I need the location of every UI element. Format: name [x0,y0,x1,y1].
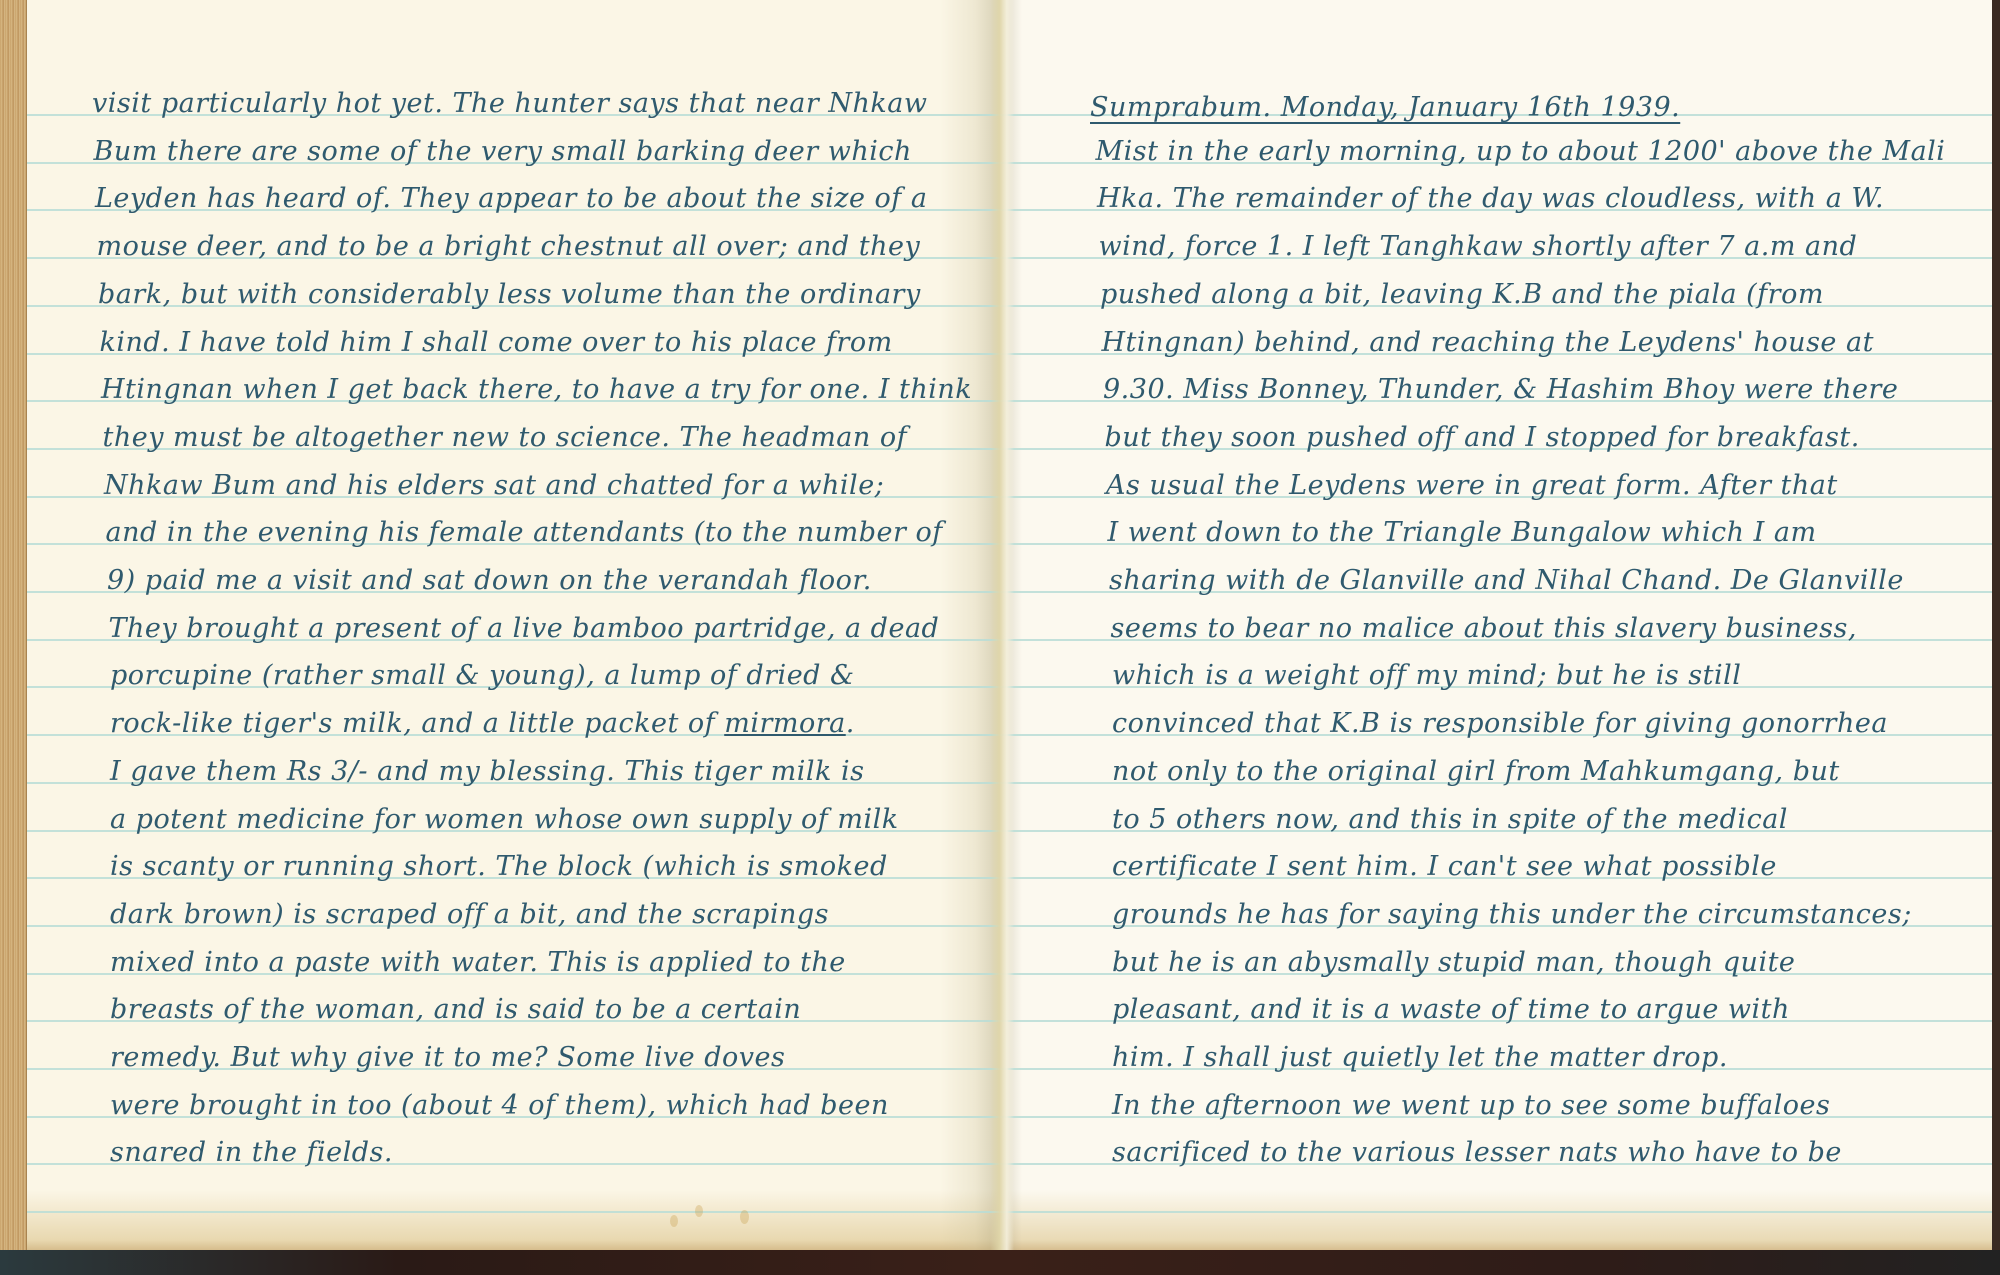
book-cover-edge [1992,0,2000,1250]
handwritten-line: Hka. The remainder of the day was cloudl… [1097,183,1884,214]
handwritten-line: visit particularly hot yet. The hunter s… [92,88,927,119]
left-page: visit particularly hot yet. The hunter s… [0,0,1002,1250]
handwritten-line: were brought in too (about 4 of them), w… [110,1090,889,1121]
handwritten-line: mouse deer, and to be a bright chestnut … [97,231,921,262]
handwritten-line: pleasant, and it is a waste of time to a… [1112,994,1790,1025]
handwritten-line: seems to bear no malice about this slave… [1111,613,1857,644]
handwritten-line: sacrificed to the various lesser nats wh… [1112,1137,1842,1168]
handwritten-line: 9) paid me a visit and sat down on the v… [107,565,872,596]
handwritten-line: rock-like tiger's milk, and a little pac… [110,708,855,739]
handwritten-line: sharing with de Glanville and Nihal Chan… [1109,565,1904,596]
handwritten-line: They brought a present of a live bamboo … [109,613,940,644]
handwritten-line: but he is an abysmally stupid man, thoug… [1112,947,1795,978]
book-gutter [990,0,1014,1250]
rule-line [0,1211,1002,1213]
paper-stain [695,1205,703,1217]
handwritten-line: mixed into a paste with water. This is a… [110,947,846,978]
handwritten-line: they must be altogether new to science. … [103,422,908,453]
handwritten-line: grounds he has for saying this under the… [1112,899,1912,930]
paper-stain [670,1215,678,1227]
handwritten-line: In the afternoon we went up to see some … [1112,1090,1830,1121]
handwritten-line: dark brown) is scraped off a bit, and th… [110,899,829,930]
handwritten-line: to 5 others now, and this in spite of th… [1112,804,1788,835]
paper-stain [740,1210,749,1224]
handwritten-line: wind, force 1. I left Tanghkaw shortly a… [1099,231,1858,262]
handwritten-line: certificate I sent him. I can't see what… [1112,851,1777,882]
handwritten-line: Mist in the early morning, up to about 1… [1096,136,1946,167]
handwritten-line: Nhkaw Bum and his elders sat and chatted… [104,470,884,501]
handwritten-line: Htingnan) behind, and reaching the Leyde… [1102,327,1874,358]
underlined-word: mirmora [724,708,846,739]
handwritten-line: not only to the original girl from Mahku… [1112,756,1840,787]
handwritten-line: but they soon pushed off and I stopped f… [1105,422,1860,453]
handwritten-line: remedy. But why give it to me? Some live… [110,1042,785,1073]
handwritten-line: which is a weight off my mind; but he is… [1112,660,1741,691]
handwritten-line: I went down to the Triangle Bungalow whi… [1108,517,1817,548]
background-surface [0,1250,2000,1275]
handwritten-line: breasts of the woman, and is said to be … [110,994,801,1025]
handwritten-line: and in the evening his female attendants… [106,517,943,548]
rule-line [1002,1211,1992,1213]
handwritten-line: him. I shall just quietly let the matter… [1112,1042,1728,1073]
handwritten-line: convinced that K.B is responsible for gi… [1112,708,1888,739]
handwritten-line: is scanty or running short. The block (w… [110,851,888,882]
handwritten-line: snared in the fields. [110,1137,393,1168]
handwritten-line: porcupine (rather small & young), a lump… [110,660,855,691]
handwritten-line: Htingnan when I get back there, to have … [101,374,972,405]
handwritten-line: pushed along a bit, leaving K.B and the … [1100,279,1824,310]
handwritten-line: kind. I have told him I shall come over … [100,327,893,358]
handwritten-line: bark, but with considerably less volume … [98,279,921,310]
handwritten-line: I gave them Rs 3/- and my blessing. This… [110,756,864,787]
handwritten-line: a potent medicine for women whose own su… [110,804,899,835]
page-edges [0,0,27,1252]
right-page: Sumprabum. Monday, January 16th 1939. Mi… [1002,0,1992,1250]
handwritten-line: Leyden has heard of. They appear to be a… [95,183,927,214]
handwritten-line: Bum there are some of the very small bar… [94,136,912,167]
diary-entry-heading: Sumprabum. Monday, January 16th 1939. [1090,92,1680,123]
handwritten-line: 9.30. Miss Bonney, Thunder, & Hashim Bho… [1103,374,1898,405]
handwritten-line: As usual the Leydens were in great form.… [1106,470,1838,501]
